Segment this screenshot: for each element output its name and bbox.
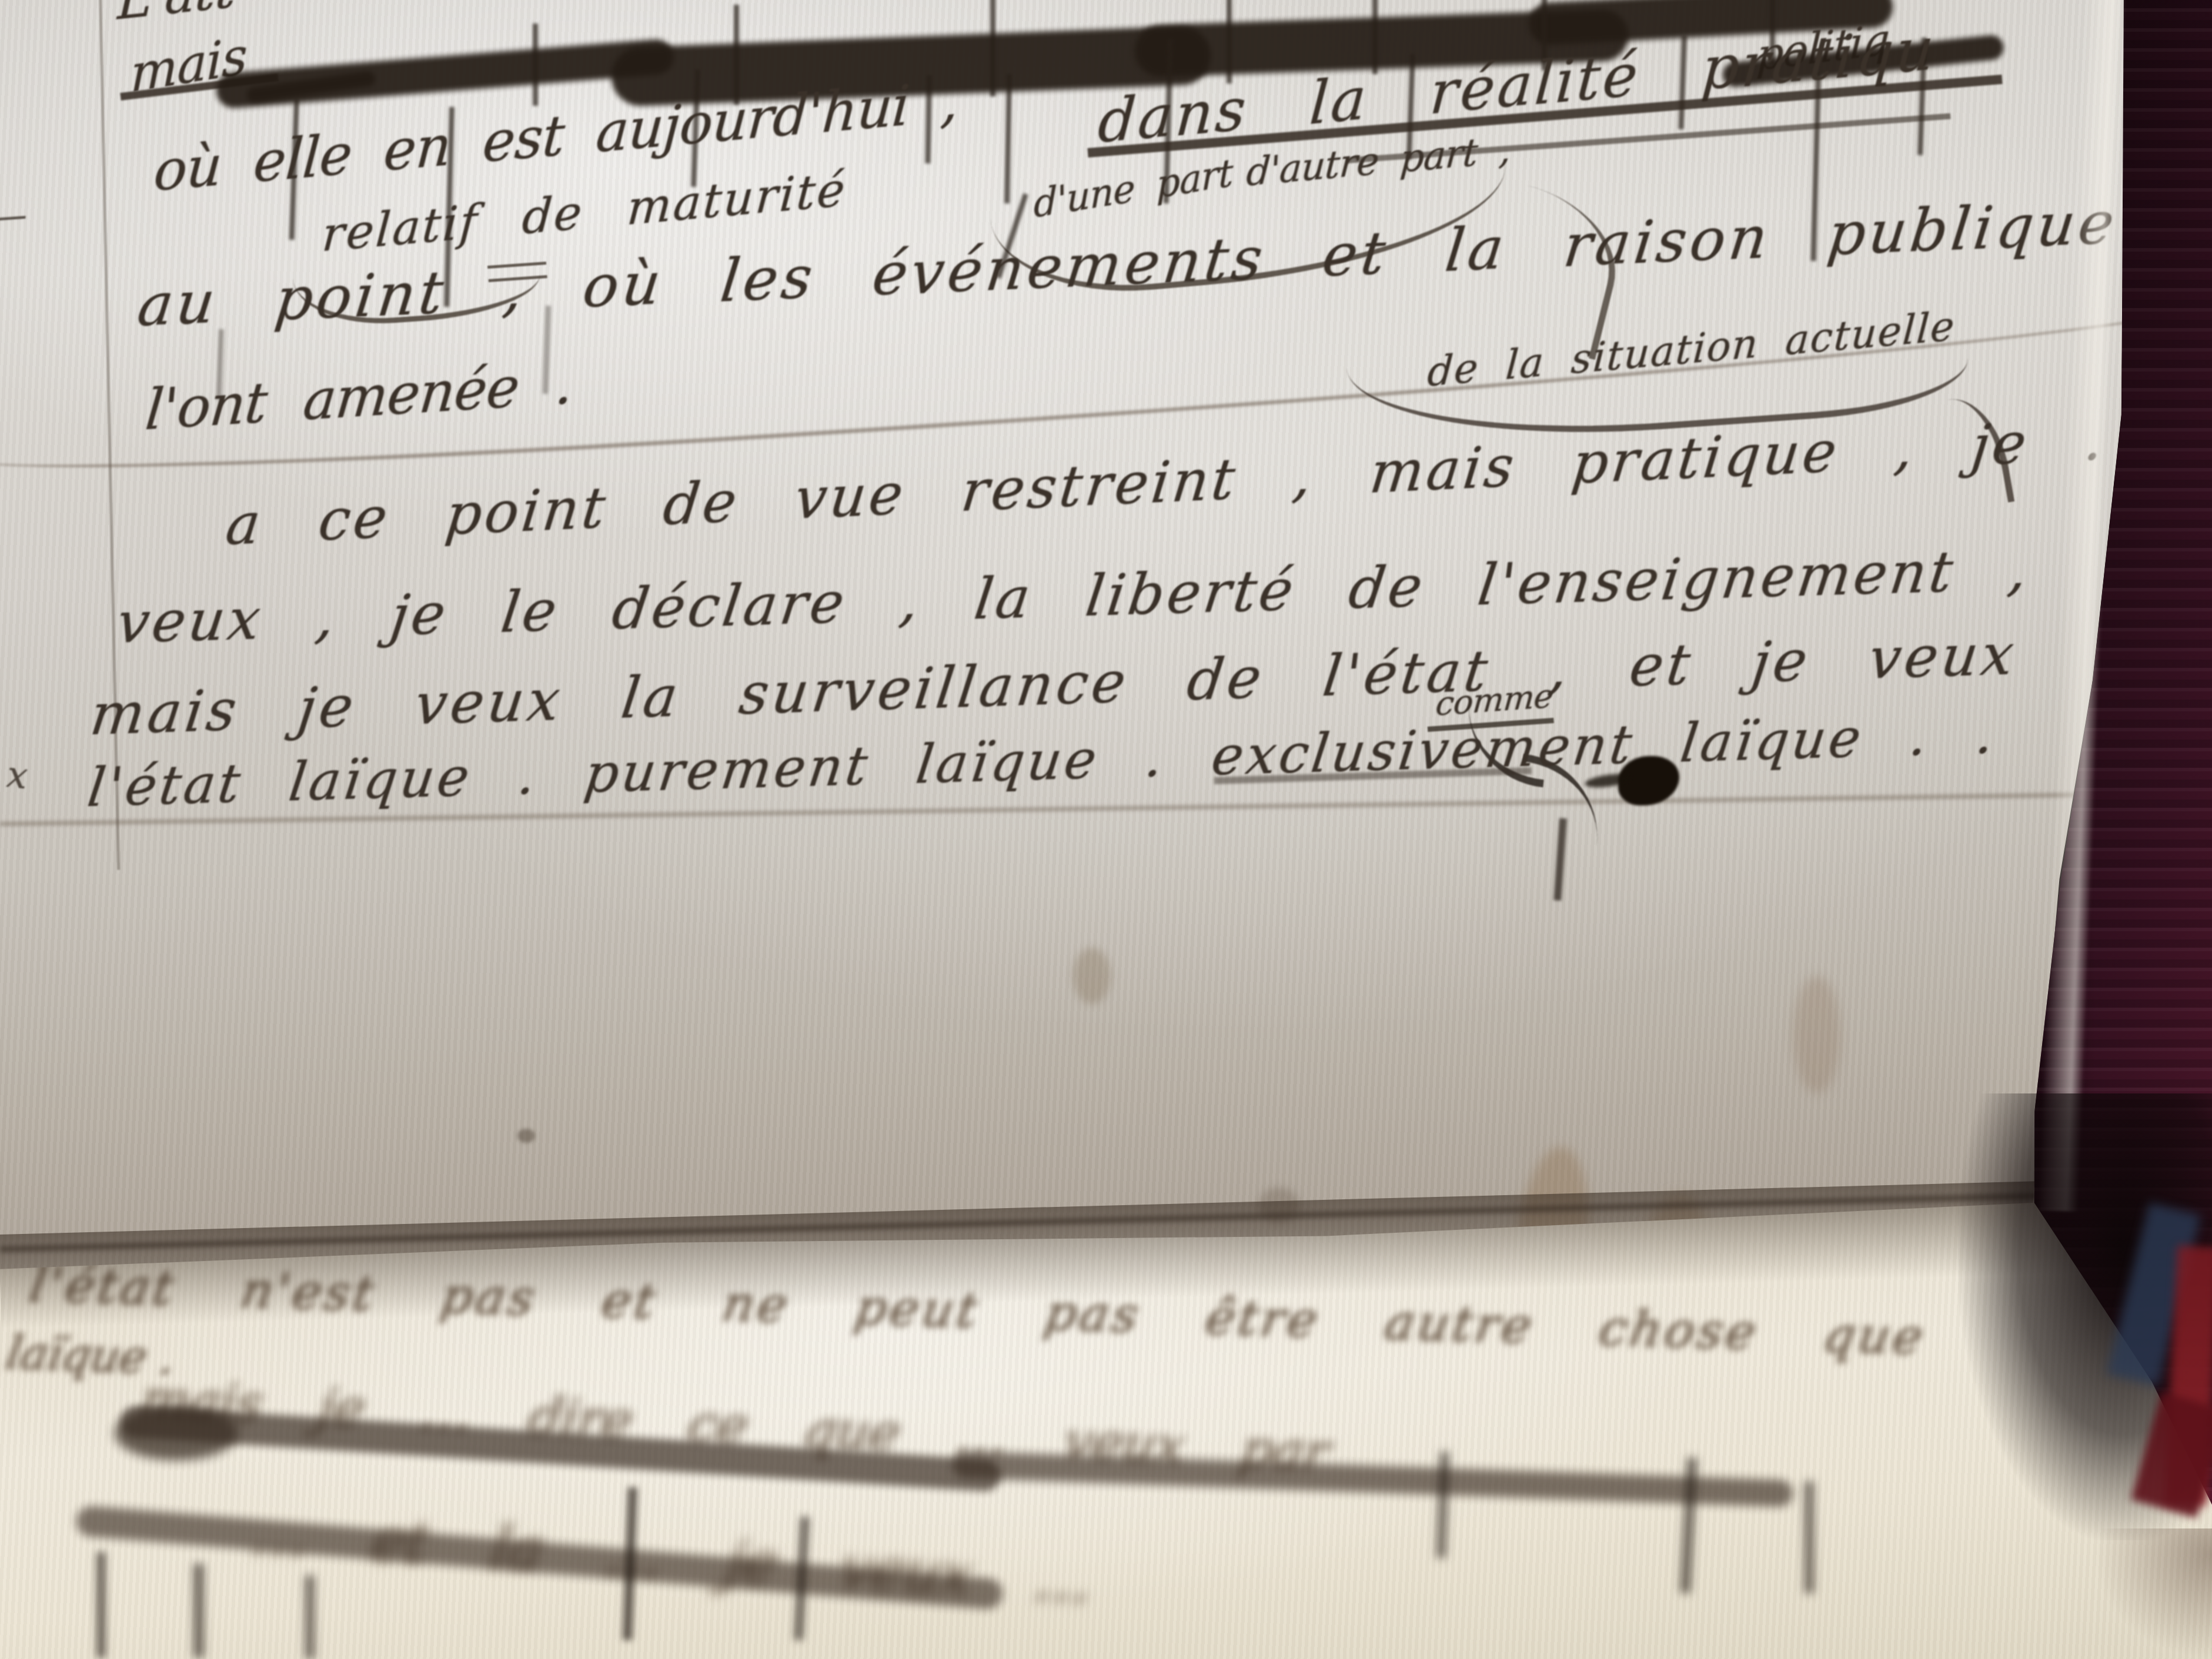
ink-stroke: [1805, 1481, 1813, 1593]
corner-vignette: [2093, 1528, 2212, 1659]
margin-cross: x: [5, 756, 29, 794]
ink-stroke: [306, 1576, 314, 1659]
ink-tick: [990, 0, 995, 96]
paper-stain: [1793, 976, 1840, 1093]
paper-stain: [517, 1129, 535, 1143]
ink-tick: [1227, 0, 1232, 83]
ink-stroke: [97, 1552, 105, 1658]
ink-tick: [533, 24, 538, 106]
margin-dash: —: [0, 196, 28, 236]
ink-stroke: [194, 1564, 203, 1658]
manuscript-photo: l'état n'est pas et ne peut pas être aut…: [0, 0, 2212, 1659]
paper-stain: [1073, 948, 1111, 1004]
